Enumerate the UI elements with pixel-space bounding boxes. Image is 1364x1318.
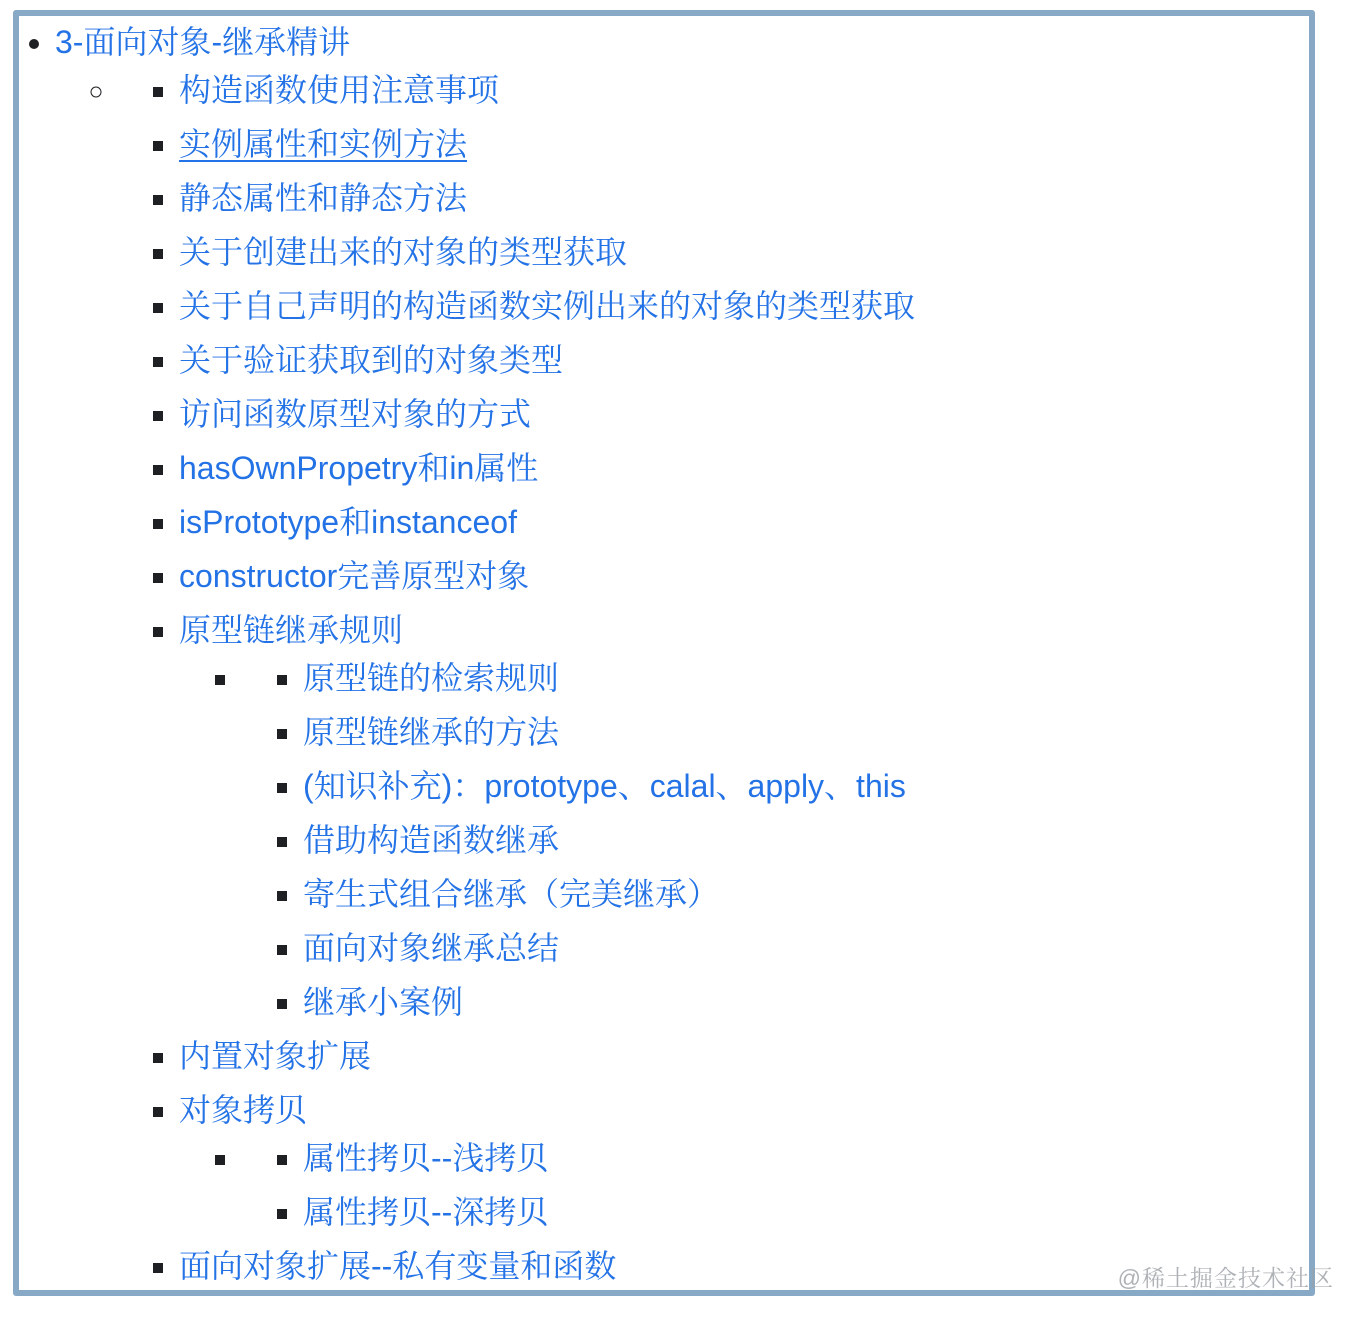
- toc-root-list: 3-面向对象-继承精讲构造函数使用注意事项实例属性和实例方法静态属性和静态方法关…: [19, 23, 1309, 1285]
- toc-link[interactable]: 原型链继承的方法: [303, 714, 559, 750]
- toc-item: 寄生式组合继承（完美继承）: [303, 875, 1309, 913]
- toc-sublist-wrapper: 构造函数使用注意事项实例属性和实例方法静态属性和静态方法关于创建出来的对象的类型…: [55, 71, 1309, 1285]
- toc-link[interactable]: 属性拷贝--浅拷贝: [303, 1140, 548, 1176]
- toc-item: 关于自己声明的构造函数实例出来的对象的类型获取: [179, 287, 1309, 325]
- toc-link[interactable]: 面向对象继承总结: [303, 930, 559, 966]
- toc-link[interactable]: 关于创建出来的对象的类型获取: [179, 234, 627, 270]
- toc-link[interactable]: 关于自己声明的构造函数实例出来的对象的类型获取: [179, 288, 915, 324]
- toc-item: 原型链的检索规则: [303, 659, 1309, 697]
- toc-link[interactable]: 对象拷贝: [179, 1092, 307, 1128]
- toc-link[interactable]: 借助构造函数继承: [303, 822, 559, 858]
- toc-link[interactable]: hasOwnPropetry和in属性: [179, 450, 538, 486]
- toc-item: 关于创建出来的对象的类型获取: [179, 233, 1309, 271]
- toc-item: (知识补充)：prototype、calal、apply、this: [303, 767, 1309, 805]
- toc-item: hasOwnPropetry和in属性: [179, 449, 1309, 487]
- toc-link[interactable]: 访问函数原型对象的方式: [179, 396, 531, 432]
- toc-item: 属性拷贝--浅拷贝: [303, 1139, 1309, 1177]
- toc-item: 对象拷贝属性拷贝--浅拷贝属性拷贝--深拷贝: [179, 1091, 1309, 1231]
- toc-link[interactable]: 原型链的检索规则: [303, 660, 559, 696]
- toc-item: 3-面向对象-继承精讲构造函数使用注意事项实例属性和实例方法静态属性和静态方法关…: [55, 23, 1309, 1285]
- toc-item: 属性拷贝--深拷贝: [303, 1193, 1309, 1231]
- toc-item: 实例属性和实例方法: [179, 125, 1309, 163]
- watermark: @稀土掘金技术社区: [1118, 1260, 1334, 1293]
- toc-link[interactable]: isPrototype和instanceof: [179, 504, 517, 540]
- toc-item: 原型链继承规则原型链的检索规则原型链继承的方法(知识补充)：prototype、…: [179, 611, 1309, 1021]
- toc-item: 访问函数原型对象的方式: [179, 395, 1309, 433]
- toc-sublist-wrapper: 属性拷贝--浅拷贝属性拷贝--深拷贝: [179, 1139, 1309, 1231]
- toc-link[interactable]: 寄生式组合继承（完美继承）: [303, 876, 719, 912]
- toc-item: 内置对象扩展: [179, 1037, 1309, 1075]
- toc-link[interactable]: 面向对象扩展--私有变量和函数: [179, 1248, 616, 1284]
- toc-item: 原型链继承的方法: [303, 713, 1309, 751]
- toc-link[interactable]: 原型链继承规则: [179, 612, 403, 648]
- toc-item: 继承小案例: [303, 983, 1309, 1021]
- toc-item: 面向对象继承总结: [303, 929, 1309, 967]
- toc-sublist-holder: 构造函数使用注意事项实例属性和实例方法静态属性和静态方法关于创建出来的对象的类型…: [117, 71, 1309, 1285]
- toc-link[interactable]: constructor完善原型对象: [179, 558, 529, 594]
- toc-link[interactable]: 内置对象扩展: [179, 1038, 371, 1074]
- toc-item: constructor完善原型对象: [179, 557, 1309, 595]
- toc-list: 构造函数使用注意事项实例属性和实例方法静态属性和静态方法关于创建出来的对象的类型…: [117, 71, 1309, 1285]
- toc-link[interactable]: 构造函数使用注意事项: [179, 72, 499, 108]
- toc-item: 借助构造函数继承: [303, 821, 1309, 859]
- toc-item: 关于验证获取到的对象类型: [179, 341, 1309, 379]
- content-frame: 3-面向对象-继承精讲构造函数使用注意事项实例属性和实例方法静态属性和静态方法关…: [13, 10, 1315, 1296]
- toc-list: 原型链的检索规则原型链继承的方法(知识补充)：prototype、calal、a…: [241, 659, 1309, 1021]
- toc-item: 构造函数使用注意事项: [179, 71, 1309, 109]
- toc-link[interactable]: (知识补充)：prototype、calal、apply、this: [303, 768, 906, 804]
- toc-sublist-holder: 原型链的检索规则原型链继承的方法(知识补充)：prototype、calal、a…: [241, 659, 1309, 1021]
- toc-link[interactable]: 继承小案例: [303, 984, 463, 1020]
- toc-list: 属性拷贝--浅拷贝属性拷贝--深拷贝: [241, 1139, 1309, 1231]
- toc-item: isPrototype和instanceof: [179, 503, 1309, 541]
- toc-link[interactable]: 3-面向对象-继承精讲: [55, 24, 350, 60]
- toc-item: 静态属性和静态方法: [179, 179, 1309, 217]
- toc-link[interactable]: 实例属性和实例方法: [179, 126, 467, 162]
- toc-sublist-holder: 属性拷贝--浅拷贝属性拷贝--深拷贝: [241, 1139, 1309, 1231]
- toc-link[interactable]: 关于验证获取到的对象类型: [179, 342, 563, 378]
- toc-link[interactable]: 属性拷贝--深拷贝: [303, 1194, 548, 1230]
- toc-link[interactable]: 静态属性和静态方法: [179, 180, 467, 216]
- toc-sublist-wrapper: 原型链的检索规则原型链继承的方法(知识补充)：prototype、calal、a…: [179, 659, 1309, 1021]
